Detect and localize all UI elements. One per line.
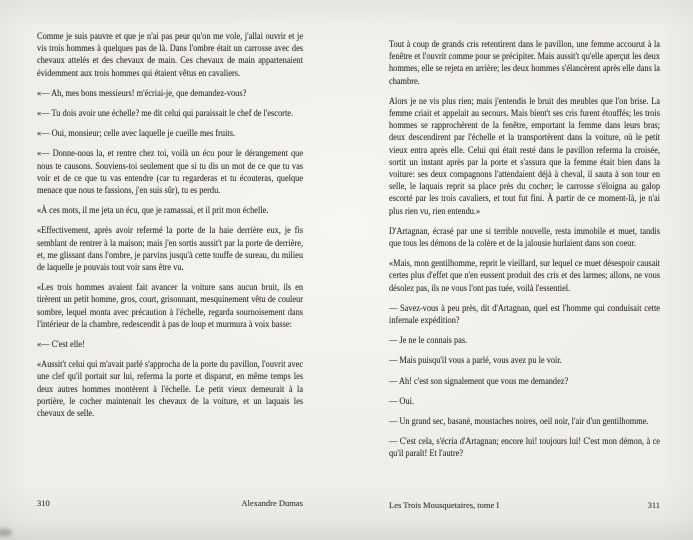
paragraph: — Je ne le connais pas. xyxy=(389,335,660,347)
paragraph: — Ah! c'est son signalement que vous me … xyxy=(389,376,660,388)
paragraph: «— C'est elle! xyxy=(37,339,303,351)
paragraph: — Savez-vous à peu près, dit d'Artagnan,… xyxy=(389,303,660,327)
page-number-right: 311 xyxy=(648,500,660,510)
paragraph: Alors je ne vis plus rien; mais j'entend… xyxy=(389,96,660,218)
paragraph: «— Oui, monsieur; celle avec laquelle je… xyxy=(37,128,303,140)
paragraph: Tout à coup de grands cris retentirent d… xyxy=(389,39,660,88)
paragraph: D'Artagnan, écrasé par une si terrible n… xyxy=(389,226,660,250)
page-left-footer: 310 Alexandre Dumas xyxy=(37,498,303,508)
scan-artifact-mark xyxy=(0,529,12,536)
paragraph: «Les trois hommes avaient fait avancer l… xyxy=(37,282,303,331)
page-right-footer: Les Trois Mousquetaires, tome I 311 xyxy=(389,500,660,510)
paragraph: — Oui. xyxy=(389,396,660,408)
page-left-text-column: Comme je suis pauvre et que je n'ai pas … xyxy=(37,31,303,428)
book-spread: Comme je suis pauvre et que je n'ai pas … xyxy=(0,0,693,540)
paragraph: «— Tu dois avoir une échelle? me dit cel… xyxy=(37,108,303,120)
paragraph: «— Ah, mes bons messieurs! m'écriai-je, … xyxy=(37,88,303,100)
paragraph: Comme je suis pauvre et que je n'ai pas … xyxy=(37,31,303,80)
paragraph: — C'est cela, s'écria d'Artagnan; encore… xyxy=(389,436,660,460)
running-footer-author: Alexandre Dumas xyxy=(241,498,303,508)
paragraph: «Effectivement, après avoir refermé la p… xyxy=(37,225,303,274)
paragraph: — Mais puisqu'il vous a parlé, vous avez… xyxy=(389,355,660,367)
paragraph: — Un grand sec, basané, moustaches noire… xyxy=(389,416,660,428)
paragraph: «— Donne-nous la, et rentre chez toi, vo… xyxy=(37,148,303,197)
paragraph: «À ces mots, il me jeta un écu, que je r… xyxy=(37,205,303,217)
running-footer-title: Les Trois Mousquetaires, tome I xyxy=(389,500,499,510)
page-right-text-column: Tout à coup de grands cris retentirent d… xyxy=(389,39,660,469)
page-number-left: 310 xyxy=(37,498,50,508)
paragraph: «Mais, mon gentilhomme, reprit le vieill… xyxy=(389,258,660,295)
paragraph: «Aussit't celui qui m'avait parlé s'appr… xyxy=(37,359,303,420)
